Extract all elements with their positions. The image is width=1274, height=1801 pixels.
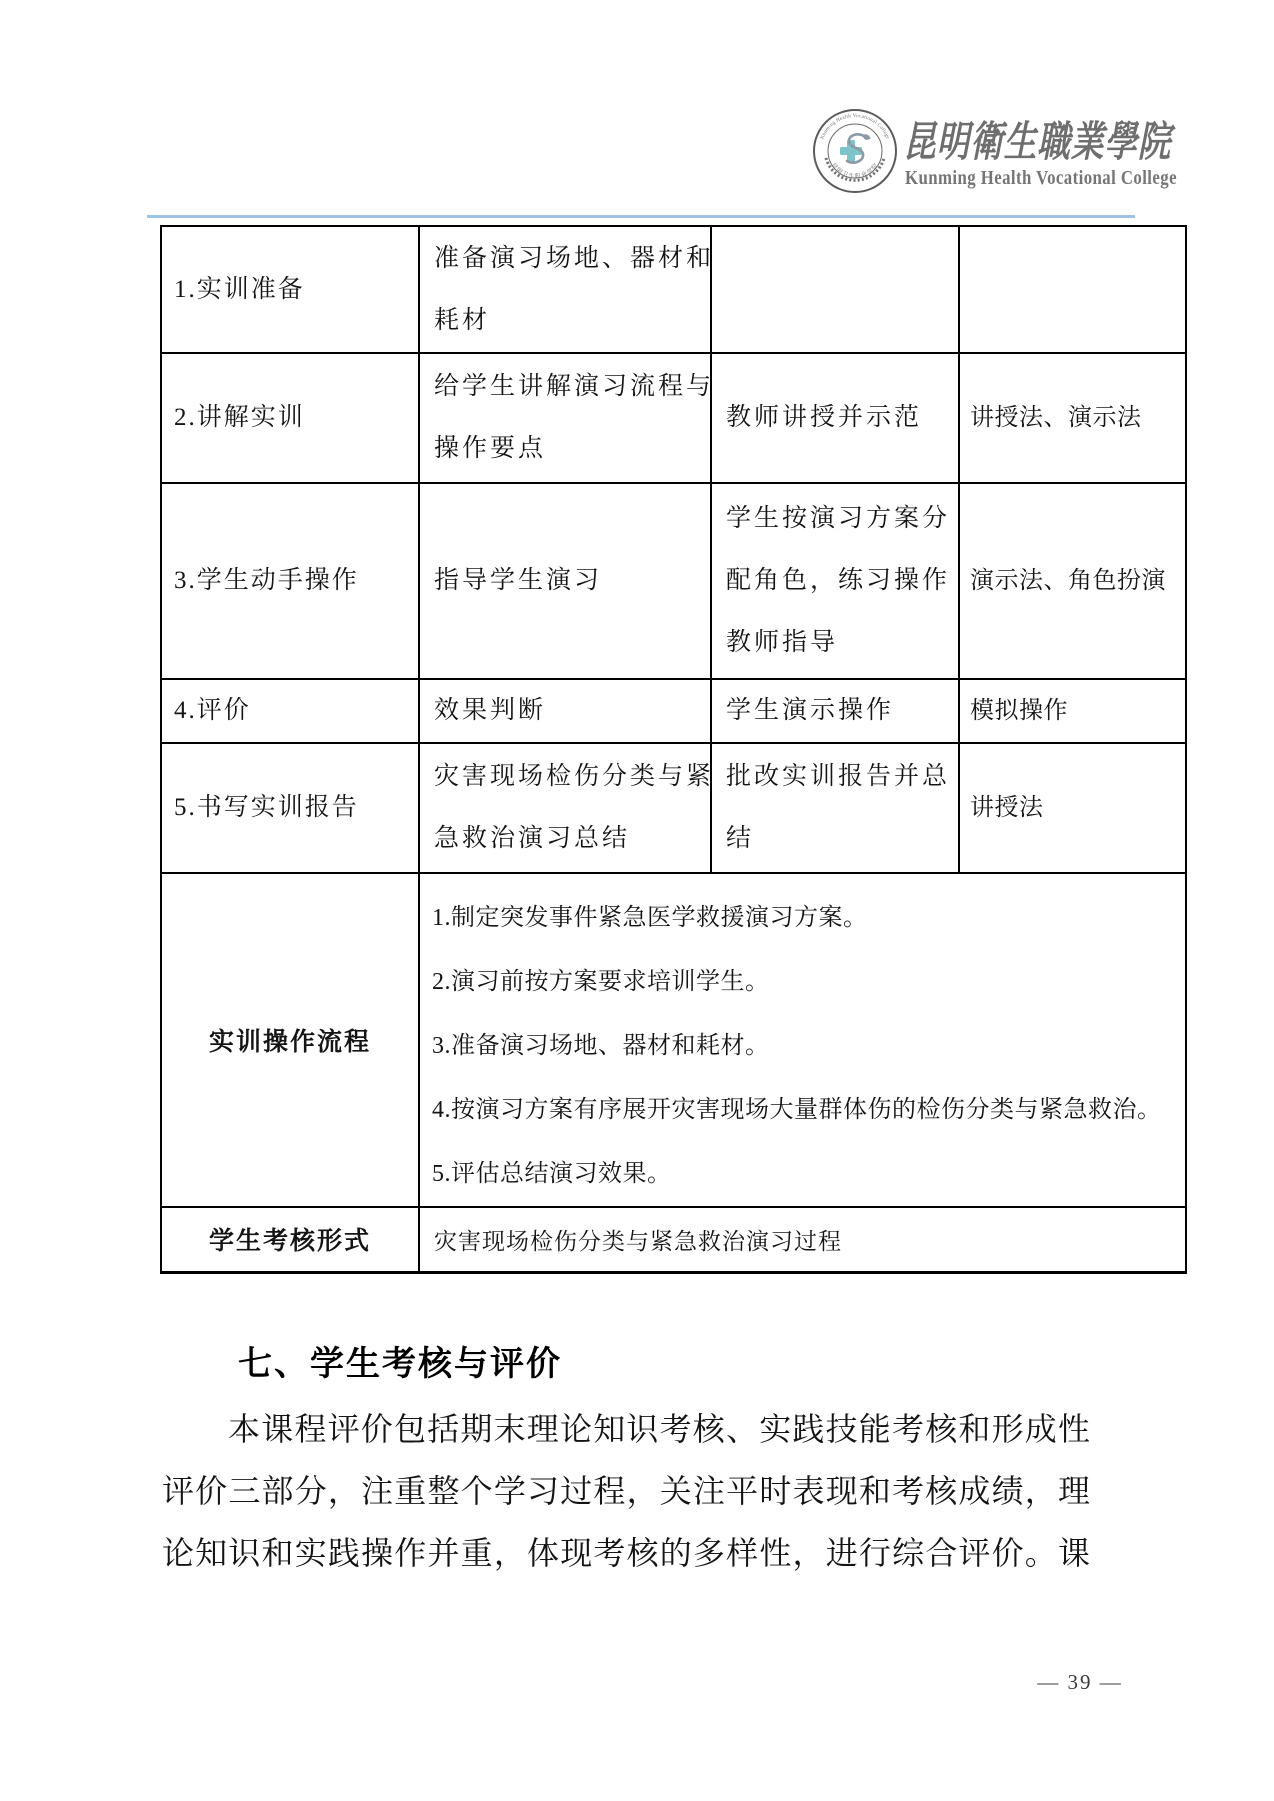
- cell-step-1: 1.实训准备: [161, 226, 419, 353]
- paragraph-line-1: 本课程评价包括期末理论知识考核、实践技能考核和形成性: [162, 1398, 1090, 1460]
- cell-activity-4: 学生演示操作: [711, 679, 959, 743]
- cell-step-5: 5.书写实训报告: [161, 743, 419, 873]
- cell-step-3: 3.学生动手操作: [161, 483, 419, 679]
- training-steps-table: 1.实训准备 准备演习场地、器材和 耗材 2.讲解实训 给学生讲解演习流程与 操…: [160, 225, 1187, 1274]
- table-row-flow: 实训操作流程 1.制定突发事件紧急医学救援演习方案。 2.演习前按方案要求培训学…: [161, 873, 1186, 1207]
- table-row-assessment: 学生考核形式 灾害现场检伤分类与紧急救治演习过程: [161, 1207, 1186, 1272]
- table-row-step5: 5.书写实训报告 灾害现场检伤分类与紧 急救治演习总结 批改实训报告并总 结 讲…: [161, 743, 1186, 873]
- cell-activity-1: [711, 226, 959, 353]
- section-heading: 七、学生考核与评价: [238, 1342, 562, 1386]
- college-name-zh: 昆明衛生職業學院: [903, 116, 1171, 170]
- flow-item: 1.制定突发事件紧急医学救援演习方案。: [432, 886, 1185, 950]
- flow-row-label: 实训操作流程: [161, 873, 419, 1207]
- cell-task-5: 灾害现场检伤分类与紧 急救治演习总结: [419, 743, 711, 873]
- cell-method-4: 模拟操作: [959, 679, 1186, 743]
- flow-item: 5.评估总结演习效果。: [432, 1142, 1185, 1206]
- table-row-step4: 4.评价 效果判断 学生演示操作 模拟操作: [161, 679, 1186, 743]
- paragraph-line-2: 评价三部分，注重整个学习过程，关注平时表现和考核成绩，理: [162, 1460, 1090, 1522]
- table-row-step3: 3.学生动手操作 指导学生演习 学生按演习方案分 配角色，练习操作 教师指导 演…: [161, 483, 1186, 679]
- cell-task-3: 指导学生演习: [419, 483, 711, 679]
- cell-task-4: 效果判断: [419, 679, 711, 743]
- cell-method-1: [959, 226, 1186, 353]
- flow-steps-cell: 1.制定突发事件紧急医学救援演习方案。 2.演习前按方案要求培训学生。 3.准备…: [419, 873, 1186, 1207]
- flow-item: 3.准备演习场地、器材和耗材。: [432, 1014, 1185, 1078]
- cell-method-5: 讲授法: [959, 743, 1186, 873]
- table-row-step2: 2.讲解实训 给学生讲解演习流程与 操作要点 教师讲授并示范 讲授法、演示法: [161, 353, 1186, 483]
- document-page: Kunming Health Vocational College 昆明卫生职业…: [0, 0, 1274, 1801]
- flow-item: 2.演习前按方案要求培训学生。: [432, 950, 1185, 1014]
- cell-task-1: 准备演习场地、器材和 耗材: [419, 226, 711, 353]
- cell-method-3: 演示法、角色扮演: [959, 483, 1186, 679]
- paragraph-line-3: 论知识和实践操作并重，体现考核的多样性，进行综合评价。课: [162, 1522, 1090, 1584]
- cell-step-2: 2.讲解实训: [161, 353, 419, 483]
- table-row-step1: 1.实训准备 准备演习场地、器材和 耗材: [161, 226, 1186, 353]
- cell-step-4: 4.评价: [161, 679, 419, 743]
- cell-task-2: 给学生讲解演习流程与 操作要点: [419, 353, 711, 483]
- page-number: — 39 —: [990, 1670, 1170, 1695]
- college-logo: Kunming Health Vocational College 昆明卫生职业…: [812, 108, 898, 194]
- cell-method-2: 讲授法、演示法: [959, 353, 1186, 483]
- assessment-value-cell: 灾害现场检伤分类与紧急救治演习过程: [419, 1207, 1186, 1272]
- header-divider-line: [147, 215, 1135, 218]
- flow-item: 4.按演习方案有序展开灾害现场大量群体伤的检伤分类与紧急救治。: [432, 1078, 1185, 1142]
- cell-activity-5: 批改实训报告并总 结: [711, 743, 959, 873]
- college-name-en: Kunming Health Vocational College: [905, 166, 1177, 190]
- assessment-row-label: 学生考核形式: [161, 1207, 419, 1272]
- cell-activity-2: 教师讲授并示范: [711, 353, 959, 483]
- cell-activity-3: 学生按演习方案分 配角色，练习操作 教师指导: [711, 483, 959, 679]
